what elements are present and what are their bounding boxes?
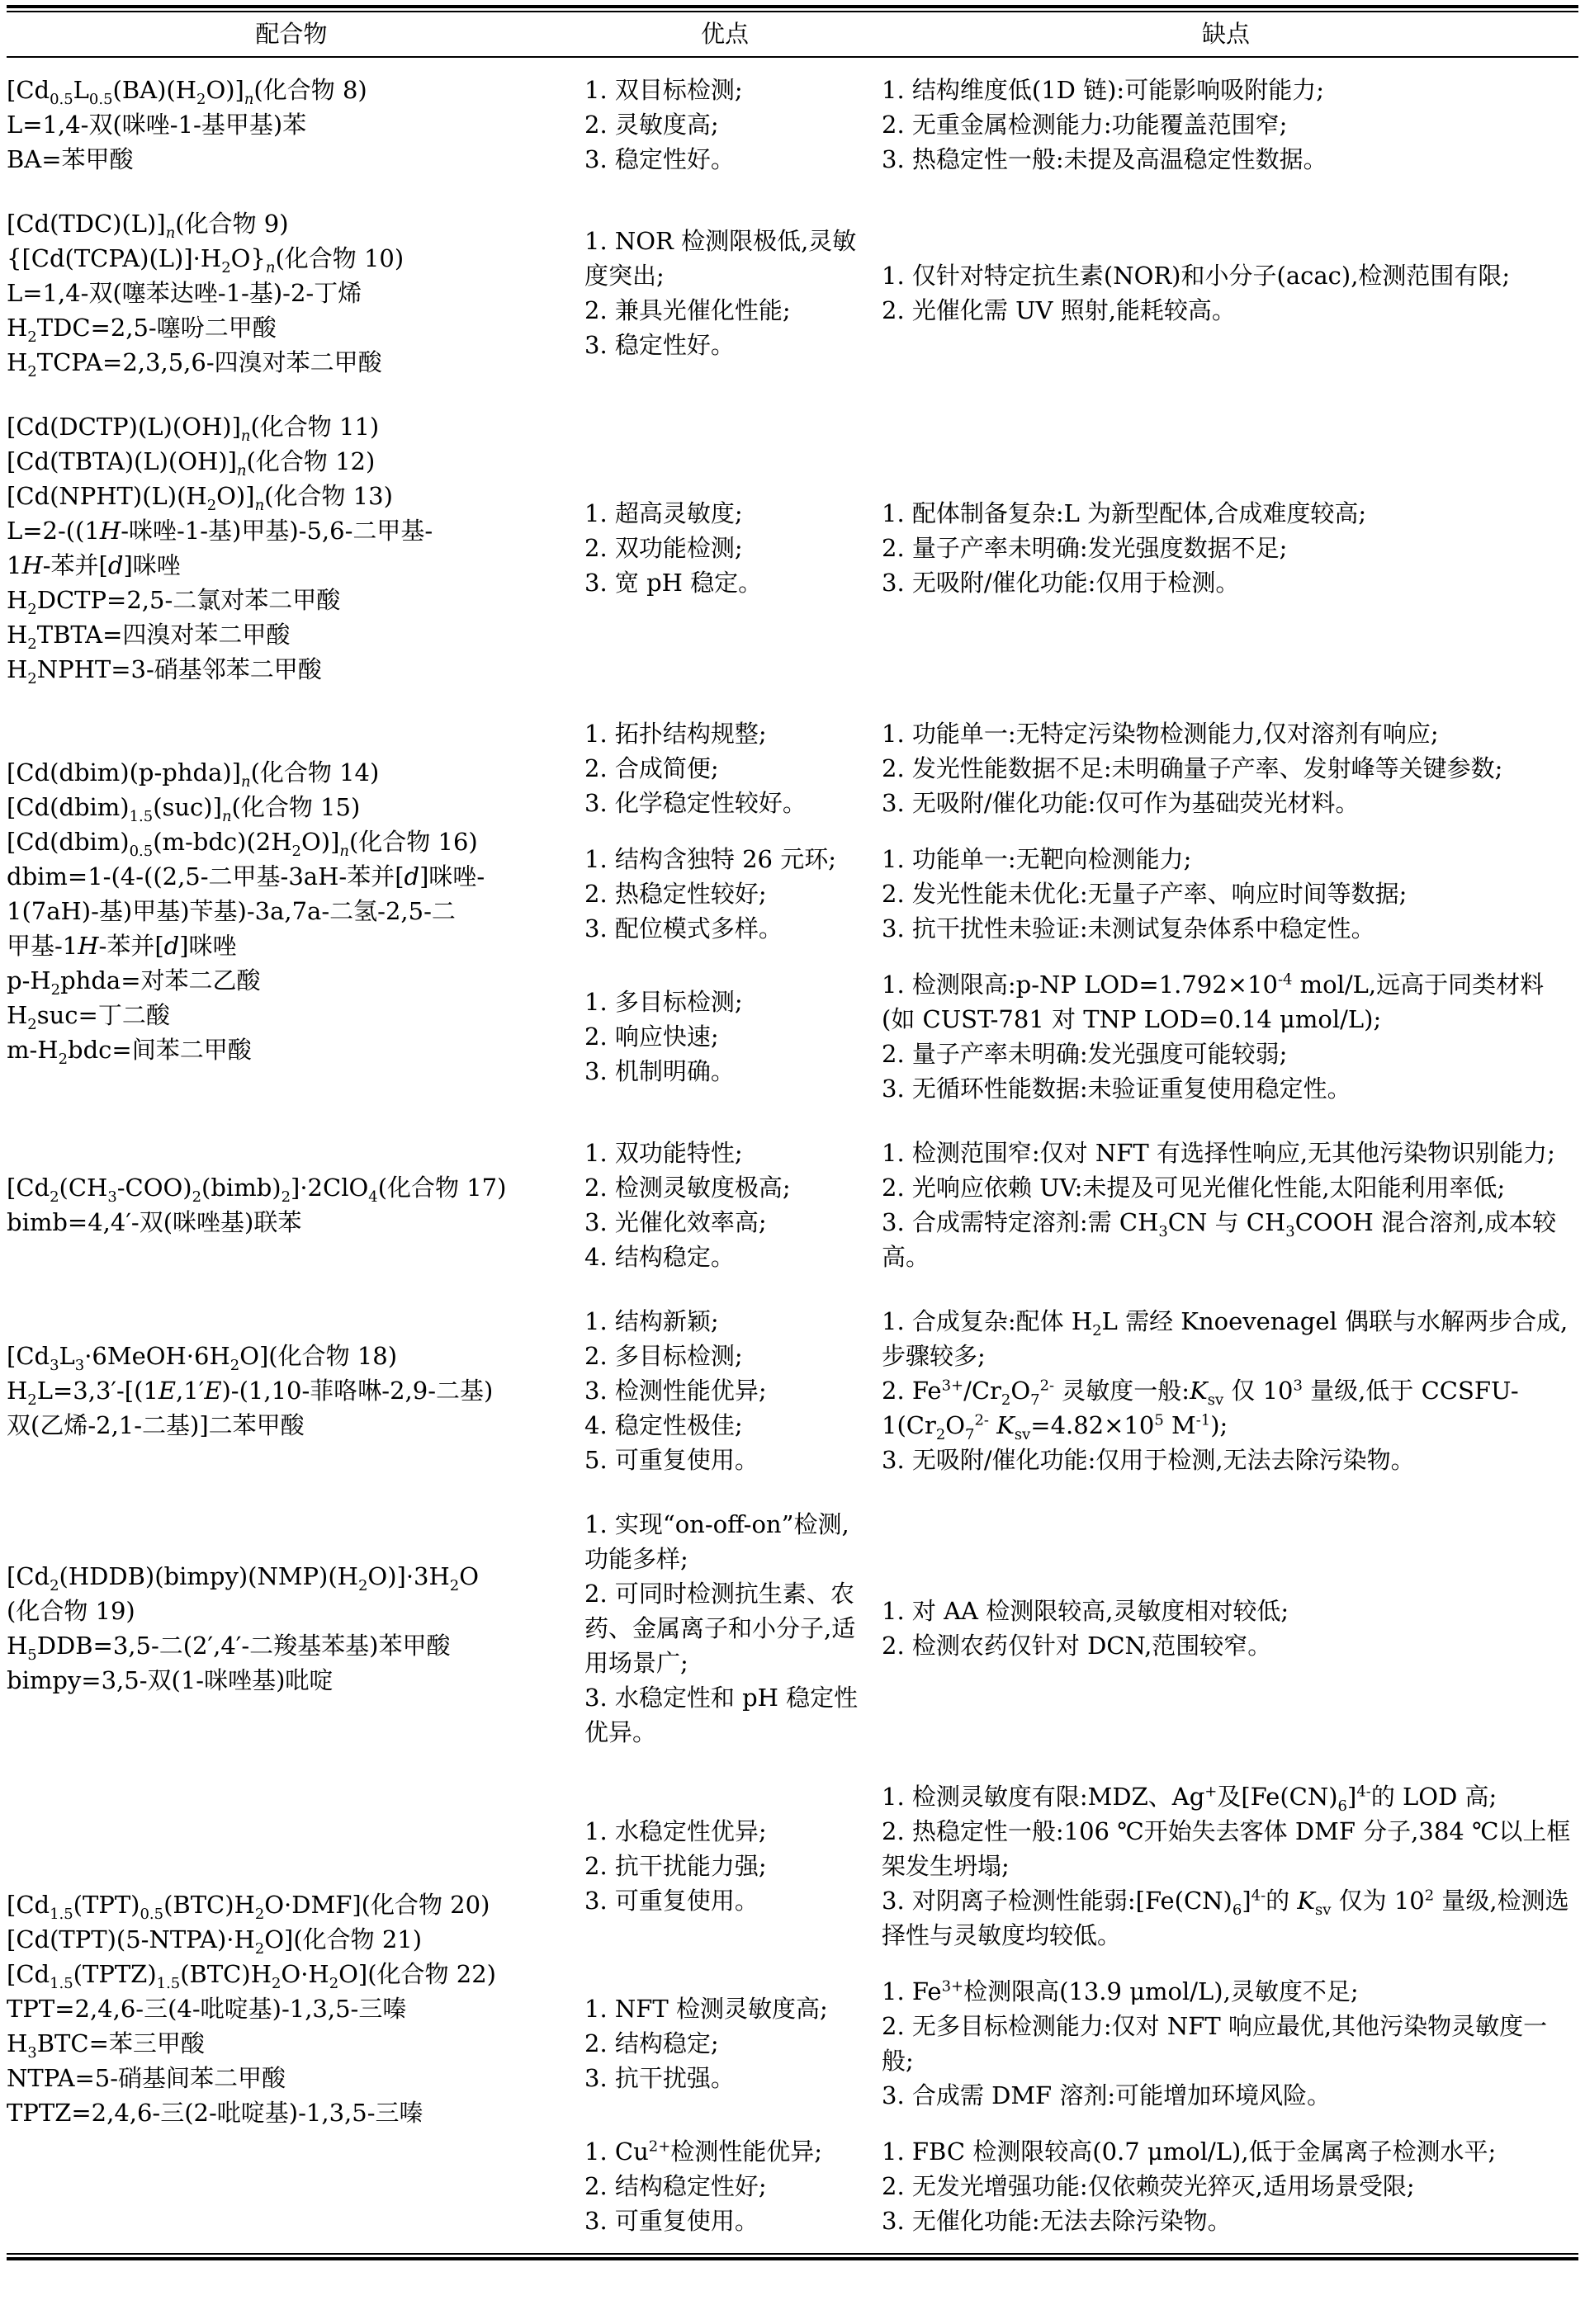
row-blocks: 1. 超高灵敏度;2. 双功能检测;3. 宽 pH 稳定。1. 配体制备复杂:L… [576, 496, 1578, 600]
disadvantage-item: 3. 抗干扰性未验证:未测试复杂体系中稳定性。 [882, 911, 1577, 946]
disadvantage-item: 3. 热稳定性一般:未提及高温稳定性数据。 [882, 142, 1577, 177]
adv-dis-block: 1. Cu2+检测性能优异;2. 结构稳定性好;3. 可重复使用。1. FBC … [576, 2134, 1578, 2238]
compound-cell: [Cd1.5(TPT)0.5(BTC)H2O·DMF](化合物 20)[Cd(T… [7, 1887, 576, 2130]
disadvantage-item: 2. Fe3+/Cr2O72- 灵敏度一般:Ksv 仅 103 量级,低于 CC… [882, 1373, 1577, 1443]
row-blocks: 1. 拓扑结构规整;2. 合成简便;3. 化学稳定性较好。1. 功能单一:无特定… [576, 716, 1578, 1106]
compound-line: (化合物 19) [7, 1594, 565, 1628]
disadvantage-item: 3. 合成需 DMF 溶剂:可能增加环境风险。 [882, 2078, 1577, 2113]
advantages-cell: 1. Cu2+检测性能优异;2. 结构稳定性好;3. 可重复使用。 [576, 2134, 873, 2238]
advantages-cell: 1. 双功能特性;2. 检测灵敏度极高;3. 光催化效率高;4. 结构稳定。 [576, 1136, 873, 1274]
advantage-item: 3. 机制明确。 [584, 1054, 867, 1089]
compound-line: TPTZ=2,4,6-三(2-吡啶基)-1,3,5-三嗪 [7, 2095, 565, 2130]
disadvantage-item: 2. 检测农药仅针对 DCN,范围较窄。 [882, 1628, 1577, 1663]
advantage-item: 2. 双功能检测; [584, 531, 867, 565]
compound-line: [Cd(dbim)0.5(m-bdc)(2H2O)]n(化合物 16) [7, 824, 565, 859]
advantage-item: 2. 热稳定性较好; [584, 876, 867, 911]
advantage-item: 3. 稳定性好。 [584, 328, 867, 362]
adv-dis-block: 1. 超高灵敏度;2. 双功能检测;3. 宽 pH 稳定。1. 配体制备复杂:L… [576, 496, 1578, 600]
compound-line: NTPA=5-硝基间苯二甲酸 [7, 2061, 565, 2095]
advantages-cell: 1. 多目标检测;2. 响应快速;3. 机制明确。 [576, 985, 873, 1089]
advantage-item: 1. 双功能特性; [584, 1136, 867, 1170]
compound-line: [Cd1.5(TPT)0.5(BTC)H2O·DMF](化合物 20) [7, 1887, 565, 1922]
advantages-cell: 1. 拓扑结构规整;2. 合成简便;3. 化学稳定性较好。 [576, 716, 873, 820]
disadvantage-item: 2. 发光性能未优化:无量子产率、响应时间等数据; [882, 876, 1577, 911]
advantages-cell: 1. 双目标检测;2. 灵敏度高;3. 稳定性好。 [576, 73, 873, 177]
row-blocks: 1. 双功能特性;2. 检测灵敏度极高;3. 光催化效率高;4. 结构稳定。1.… [576, 1136, 1578, 1274]
disadvantage-item: 3. 无吸附/催化功能:仅可作为基础荧光材料。 [882, 786, 1577, 820]
disadvantage-item: 2. 无重金属检测能力:功能覆盖范围窄; [882, 107, 1577, 142]
disadvantage-item: 3. 对阴离子检测性能弱:[Fe(CN)6]4-的 Ksv 仅为 102 量级,… [882, 1883, 1577, 1953]
row-blocks: 1. 双目标检测;2. 灵敏度高;3. 稳定性好。1. 结构维度低(1D 链):… [576, 73, 1578, 177]
disadvantages-cell: 1. 检测灵敏度有限:MDZ、Ag+及[Fe(CN)6]4-的 LOD 高;2.… [873, 1779, 1578, 1953]
advantage-item: 4. 稳定性极佳; [584, 1408, 867, 1443]
header-disadvantages: 缺点 [873, 17, 1578, 51]
compound-line: L=1,4-双(噻苯达唑-1-基)-2-丁烯 [7, 276, 565, 310]
table-row: [Cd0.5L0.5(BA)(H2O)]n(化合物 8)L=1,4-双(咪唑-1… [7, 58, 1578, 191]
table-row: [Cd2(CH3-COO)2(bimb)2]·2ClO4(化合物 17)bimb… [7, 1121, 1578, 1289]
compound-line: H5DDB=3,5-二(2′,4′-二羧基苯基)苯甲酸 [7, 1628, 565, 1663]
table-bottom-rule-inner [7, 2253, 1578, 2255]
disadvantage-item: 1. 检测范围窄:仅对 NFT 有选择性响应,无其他污染物识别能力; [882, 1136, 1577, 1170]
disadvantages-cell: 1. 检测限高:p-NP LOD=1.792×10-4 mol/L,远高于同类材… [873, 967, 1578, 1106]
compound-cell: [Cd(dbim)(p-phda)]n(化合物 14)[Cd(dbim)1.5(… [7, 755, 576, 1067]
advantages-cell: 1. 结构新颖;2. 多目标检测;3. 检测性能优异;4. 稳定性极佳;5. 可… [576, 1304, 873, 1477]
disadvantage-item: 1. 功能单一:无靶向检测能力; [882, 842, 1577, 876]
disadvantage-item: 1. 仅针对特定抗生素(NOR)和小分子(acac),检测范围有限; [882, 258, 1577, 293]
compound-line: TPT=2,4,6-三(4-吡啶基)-1,3,5-三嗪 [7, 1991, 565, 2026]
advantage-item: 1. 双目标检测; [584, 73, 867, 107]
compound-cell: [Cd0.5L0.5(BA)(H2O)]n(化合物 8)L=1,4-双(咪唑-1… [7, 73, 576, 177]
advantage-item: 1. NOR 检测限极低,灵敏度突出; [584, 224, 867, 293]
advantages-cell: 1. 实现“on-off-on”检测,功能多样;2. 可同时检测抗生素、农药、金… [576, 1507, 873, 1750]
compound-line: 1(7aH)-基)甲基)苄基)-3a,7a-二氢-2,5-二 [7, 894, 565, 928]
disadvantage-item: 2. 光响应依赖 UV:未提及可见光催化性能,太阳能利用率低; [882, 1170, 1577, 1205]
advantage-item: 4. 结构稳定。 [584, 1240, 867, 1274]
table-bottom-rule-outer [7, 2257, 1578, 2260]
advantage-item: 1. 拓扑结构规整; [584, 716, 867, 751]
table-body: [Cd0.5L0.5(BA)(H2O)]n(化合物 8)L=1,4-双(咪唑-1… [7, 58, 1578, 2253]
adv-dis-block: 1. 水稳定性优异;2. 抗干扰能力强;3. 可重复使用。1. 检测灵敏度有限:… [576, 1779, 1578, 1953]
compound-line: [Cd(dbim)1.5(suc)]n(化合物 15) [7, 790, 565, 824]
header-advantages: 优点 [576, 17, 873, 51]
advantage-item: 2. 合成简便; [584, 751, 867, 786]
compound-line: L=1,4-双(咪唑-1-基甲基)苯 [7, 107, 565, 142]
compound-line: 1H-苯并[d]咪唑 [7, 548, 565, 583]
advantage-item: 2. 检测灵敏度极高; [584, 1170, 867, 1205]
adv-dis-block: 1. 双功能特性;2. 检测灵敏度极高;3. 光催化效率高;4. 结构稳定。1.… [576, 1136, 1578, 1274]
compound-line: p-H2phda=对苯二乙酸 [7, 963, 565, 998]
compound-line: [Cd(dbim)(p-phda)]n(化合物 14) [7, 755, 565, 790]
compound-line: H2TBTA=四溴对苯二甲酸 [7, 617, 565, 652]
adv-dis-block: 1. 结构含独特 26 元环;2. 热稳定性较好;3. 配位模式多样。1. 功能… [576, 842, 1578, 946]
paper-page: 配合物 优点 缺点 [Cd0.5L0.5(BA)(H2O)]n(化合物 8)L=… [0, 0, 1585, 2260]
compound-line: 双(乙烯-2,1-二基)]二苯甲酸 [7, 1408, 565, 1443]
compound-cell: [Cd2(HDDB)(bimpy)(NMP)(H2O)]·3H2O(化合物 19… [7, 1559, 576, 1698]
header-compound: 配合物 [7, 17, 576, 51]
disadvantages-cell: 1. 仅针对特定抗生素(NOR)和小分子(acac),检测范围有限;2. 光催化… [873, 258, 1578, 328]
disadvantage-item: 1. 功能单一:无特定污染物检测能力,仅对溶剂有响应; [882, 716, 1577, 751]
disadvantage-item: 3. 无循环性能数据:未验证重复使用稳定性。 [882, 1071, 1577, 1106]
compound-cell: [Cd(TDC)(L)]n(化合物 9){[Cd(TCPA)(L)]·H2O}n… [7, 206, 576, 380]
advantage-item: 1. Cu2+检测性能优异; [584, 2134, 867, 2169]
compound-line: bimpy=3,5-双(1-咪唑基)吡啶 [7, 1663, 565, 1698]
compound-line: BA=苯甲酸 [7, 142, 565, 177]
advantages-cell: 1. 水稳定性优异;2. 抗干扰能力强;3. 可重复使用。 [576, 1814, 873, 1918]
advantages-cell: 1. 结构含独特 26 元环;2. 热稳定性较好;3. 配位模式多样。 [576, 842, 873, 946]
advantage-item: 3. 检测性能优异; [584, 1373, 867, 1408]
adv-dis-block: 1. NOR 检测限极低,灵敏度突出;2. 兼具光催化性能;3. 稳定性好。1.… [576, 224, 1578, 362]
advantage-item: 1. 超高灵敏度; [584, 496, 867, 531]
table-header-row: 配合物 优点 缺点 [7, 12, 1578, 56]
disadvantage-item: 1. 检测灵敏度有限:MDZ、Ag+及[Fe(CN)6]4-的 LOD 高; [882, 1779, 1577, 1814]
adv-dis-block: 1. 实现“on-off-on”检测,功能多样;2. 可同时检测抗生素、农药、金… [576, 1507, 1578, 1750]
disadvantage-item: 1. FBC 检测限较高(0.7 μmol/L),低于金属离子检测水平; [882, 2134, 1577, 2169]
row-blocks: 1. 结构新颖;2. 多目标检测;3. 检测性能优异;4. 稳定性极佳;5. 可… [576, 1304, 1578, 1477]
disadvantages-cell: 1. 结构维度低(1D 链):可能影响吸附能力;2. 无重金属检测能力:功能覆盖… [873, 73, 1578, 177]
disadvantages-cell: 1. FBC 检测限较高(0.7 μmol/L),低于金属离子检测水平;2. 无… [873, 2134, 1578, 2238]
table-row: [Cd(DCTP)(L)(OH)]n(化合物 11)[Cd(TBTA)(L)(O… [7, 394, 1578, 701]
disadvantages-cell: 1. 合成复杂:配体 H2L 需经 Knoevenagel 偶联与水解两步合成,… [873, 1304, 1578, 1477]
table-top-rule-outer [7, 5, 1578, 8]
advantage-item: 1. 实现“on-off-on”检测,功能多样; [584, 1507, 867, 1576]
compound-line: H2NPHT=3-硝基邻苯二甲酸 [7, 652, 565, 687]
advantages-cell: 1. 超高灵敏度;2. 双功能检测;3. 宽 pH 稳定。 [576, 496, 873, 600]
compound-line: {[Cd(TCPA)(L)]·H2O}n(化合物 10) [7, 241, 565, 276]
table-row: [Cd(dbim)(p-phda)]n(化合物 14)[Cd(dbim)1.5(… [7, 701, 1578, 1121]
advantage-item: 3. 配位模式多样。 [584, 911, 867, 946]
advantage-item: 3. 可重复使用。 [584, 1883, 867, 1918]
table-row: [Cd(TDC)(L)]n(化合物 9){[Cd(TCPA)(L)]·H2O}n… [7, 191, 1578, 394]
advantage-item: 1. 结构新颖; [584, 1304, 867, 1339]
disadvantage-item: 2. 量子产率未明确:发光强度可能较弱; [882, 1037, 1577, 1071]
advantage-item: 2. 抗干扰能力强; [584, 1849, 867, 1883]
disadvantage-item: 2. 无发光增强功能:仅依赖荧光猝灭,适用场景受限; [882, 2169, 1577, 2204]
advantage-item: 3. 宽 pH 稳定。 [584, 565, 867, 600]
compound-line: H2TCPA=2,3,5,6-四溴对苯二甲酸 [7, 345, 565, 380]
disadvantage-item: 1. 检测限高:p-NP LOD=1.792×10-4 mol/L,远高于同类材… [882, 967, 1577, 1037]
compound-line: [Cd(TPT)(5-NTPA)·H2O](化合物 21) [7, 1922, 565, 1957]
compound-line: [Cd0.5L0.5(BA)(H2O)]n(化合物 8) [7, 73, 565, 107]
advantage-item: 3. 抗干扰强。 [584, 2061, 867, 2095]
disadvantage-item: 2. 热稳定性一般:106 ℃开始失去客体 DMF 分子,384 ℃以上框架发生… [882, 1814, 1577, 1883]
advantage-item: 2. 可同时检测抗生素、农药、金属离子和小分子,适用场景广; [584, 1576, 867, 1680]
disadvantage-item: 3. 合成需特定溶剂:需 CH3CN 与 CH3COOH 混合溶剂,成本较高。 [882, 1205, 1577, 1274]
disadvantages-cell: 1. 配体制备复杂:L 为新型配体,合成难度较高;2. 量子产率未明确:发光强度… [873, 496, 1578, 600]
adv-dis-block: 1. 结构新颖;2. 多目标检测;3. 检测性能优异;4. 稳定性极佳;5. 可… [576, 1304, 1578, 1477]
compound-line: H2DCTP=2,5-二氯对苯二甲酸 [7, 583, 565, 617]
compound-line: [Cd(TDC)(L)]n(化合物 9) [7, 206, 565, 241]
compound-cell: [Cd2(CH3-COO)2(bimb)2]·2ClO4(化合物 17)bimb… [7, 1170, 576, 1240]
row-blocks: 1. NOR 检测限极低,灵敏度突出;2. 兼具光催化性能;3. 稳定性好。1.… [576, 224, 1578, 362]
compound-line: H2suc=丁二酸 [7, 998, 565, 1032]
advantage-item: 1. 结构含独特 26 元环; [584, 842, 867, 876]
adv-dis-block: 1. NFT 检测灵敏度高;2. 结构稳定;3. 抗干扰强。1. Fe3+检测限… [576, 1974, 1578, 2113]
compound-line: [Cd(NPHT)(L)(H2O)]n(化合物 13) [7, 479, 565, 513]
disadvantage-item: 3. 无吸附/催化功能:仅用于检测。 [882, 565, 1577, 600]
advantage-item: 2. 结构稳定性好; [584, 2169, 867, 2204]
advantage-item: 2. 灵敏度高; [584, 107, 867, 142]
compound-cell: [Cd(DCTP)(L)(OH)]n(化合物 11)[Cd(TBTA)(L)(O… [7, 409, 576, 687]
disadvantage-item: 1. 合成复杂:配体 H2L 需经 Knoevenagel 偶联与水解两步合成,… [882, 1304, 1577, 1373]
compound-line: [Cd2(CH3-COO)2(bimb)2]·2ClO4(化合物 17) [7, 1170, 565, 1205]
adv-dis-block: 1. 多目标检测;2. 响应快速;3. 机制明确。1. 检测限高:p-NP LO… [576, 967, 1578, 1106]
disadvantages-cell: 1. 功能单一:无靶向检测能力;2. 发光性能未优化:无量子产率、响应时间等数据… [873, 842, 1578, 946]
compound-line: 甲基-1H-苯并[d]咪唑 [7, 928, 565, 963]
disadvantage-item: 2. 光催化需 UV 照射,能耗较高。 [882, 293, 1577, 328]
disadvantage-item: 3. 无催化功能:无法去除污染物。 [882, 2204, 1577, 2238]
advantage-item: 1. 多目标检测; [584, 985, 867, 1019]
disadvantages-cell: 1. 检测范围窄:仅对 NFT 有选择性响应,无其他污染物识别能力;2. 光响应… [873, 1136, 1578, 1274]
advantage-item: 5. 可重复使用。 [584, 1443, 867, 1477]
advantages-cell: 1. NOR 检测限极低,灵敏度突出;2. 兼具光催化性能;3. 稳定性好。 [576, 224, 873, 362]
compound-line: [Cd(TBTA)(L)(OH)]n(化合物 12) [7, 444, 565, 479]
compound-line: dbim=1-(4-((2,5-二甲基-3aH-苯并[d]咪唑- [7, 859, 565, 894]
disadvantages-cell: 1. 功能单一:无特定污染物检测能力,仅对溶剂有响应;2. 发光性能数据不足:未… [873, 716, 1578, 820]
compound-line: [Cd1.5(TPTZ)1.5(BTC)H2O·H2O](化合物 22) [7, 1957, 565, 1991]
advantage-item: 3. 可重复使用。 [584, 2204, 867, 2238]
compound-line: L=2-((1H-咪唑-1-基)甲基)-5,6-二甲基- [7, 513, 565, 548]
disadvantages-cell: 1. 对 AA 检测限较高,灵敏度相对较低;2. 检测农药仅针对 DCN,范围较… [873, 1594, 1578, 1663]
disadvantage-item: 1. 配体制备复杂:L 为新型配体,合成难度较高; [882, 496, 1577, 531]
compound-line: [Cd(DCTP)(L)(OH)]n(化合物 11) [7, 409, 565, 444]
disadvantage-item: 2. 量子产率未明确:发光强度数据不足; [882, 531, 1577, 565]
disadvantages-cell: 1. Fe3+检测限高(13.9 μmol/L),灵敏度不足;2. 无多目标检测… [873, 1974, 1578, 2113]
advantage-item: 2. 兼具光催化性能; [584, 293, 867, 328]
compound-line: [Cd3L3·6MeOH·6H2O](化合物 18) [7, 1339, 565, 1373]
advantages-cell: 1. NFT 检测灵敏度高;2. 结构稳定;3. 抗干扰强。 [576, 1991, 873, 2095]
disadvantage-item: 2. 发光性能数据不足:未明确量子产率、发射峰等关键参数; [882, 751, 1577, 786]
adv-dis-block: 1. 拓扑结构规整;2. 合成简便;3. 化学稳定性较好。1. 功能单一:无特定… [576, 716, 1578, 820]
adv-dis-block: 1. 双目标检测;2. 灵敏度高;3. 稳定性好。1. 结构维度低(1D 链):… [576, 73, 1578, 177]
advantage-item: 1. NFT 检测灵敏度高; [584, 1991, 867, 2026]
compound-cell: [Cd3L3·6MeOH·6H2O](化合物 18)H2L=3,3′-[(1E,… [7, 1339, 576, 1443]
table-row: [Cd2(HDDB)(bimpy)(NMP)(H2O)]·3H2O(化合物 19… [7, 1492, 1578, 1764]
row-blocks: 1. 实现“on-off-on”检测,功能多样;2. 可同时检测抗生素、农药、金… [576, 1507, 1578, 1750]
advantage-item: 3. 光催化效率高; [584, 1205, 867, 1240]
disadvantage-item: 2. 无多目标检测能力:仅对 NFT 响应最优,其他污染物灵敏度一般; [882, 2009, 1577, 2078]
advantage-item: 3. 稳定性好。 [584, 142, 867, 177]
table-row: [Cd1.5(TPT)0.5(BTC)H2O·DMF](化合物 20)[Cd(T… [7, 1764, 1578, 2253]
disadvantage-item: 1. Fe3+检测限高(13.9 μmol/L),灵敏度不足; [882, 1974, 1577, 2009]
disadvantage-item: 1. 结构维度低(1D 链):可能影响吸附能力; [882, 73, 1577, 107]
advantage-item: 1. 水稳定性优异; [584, 1814, 867, 1849]
advantage-item: 3. 化学稳定性较好。 [584, 786, 867, 820]
compound-line: bimb=4,4′-双(咪唑基)联苯 [7, 1205, 565, 1240]
compound-line: H2TDC=2,5-噻吩二甲酸 [7, 310, 565, 345]
advantage-item: 2. 响应快速; [584, 1019, 867, 1054]
advantage-item: 2. 结构稳定; [584, 2026, 867, 2061]
row-blocks: 1. 水稳定性优异;2. 抗干扰能力强;3. 可重复使用。1. 检测灵敏度有限:… [576, 1779, 1578, 2238]
disadvantage-item: 3. 无吸附/催化功能:仅用于检测,无法去除污染物。 [882, 1443, 1577, 1477]
compound-line: [Cd2(HDDB)(bimpy)(NMP)(H2O)]·3H2O [7, 1559, 565, 1594]
advantage-item: 2. 多目标检测; [584, 1339, 867, 1373]
advantage-item: 3. 水稳定性和 pH 稳定性优异。 [584, 1680, 867, 1750]
table-row: [Cd3L3·6MeOH·6H2O](化合物 18)H2L=3,3′-[(1E,… [7, 1289, 1578, 1492]
compound-line: m-H2bdc=间苯二甲酸 [7, 1032, 565, 1067]
compound-line: H2L=3,3′-[(1E,1′E)-(1,10-菲咯啉-2,9-二基) [7, 1373, 565, 1408]
compound-line: H3BTC=苯三甲酸 [7, 2026, 565, 2061]
disadvantage-item: 1. 对 AA 检测限较高,灵敏度相对较低; [882, 1594, 1577, 1628]
